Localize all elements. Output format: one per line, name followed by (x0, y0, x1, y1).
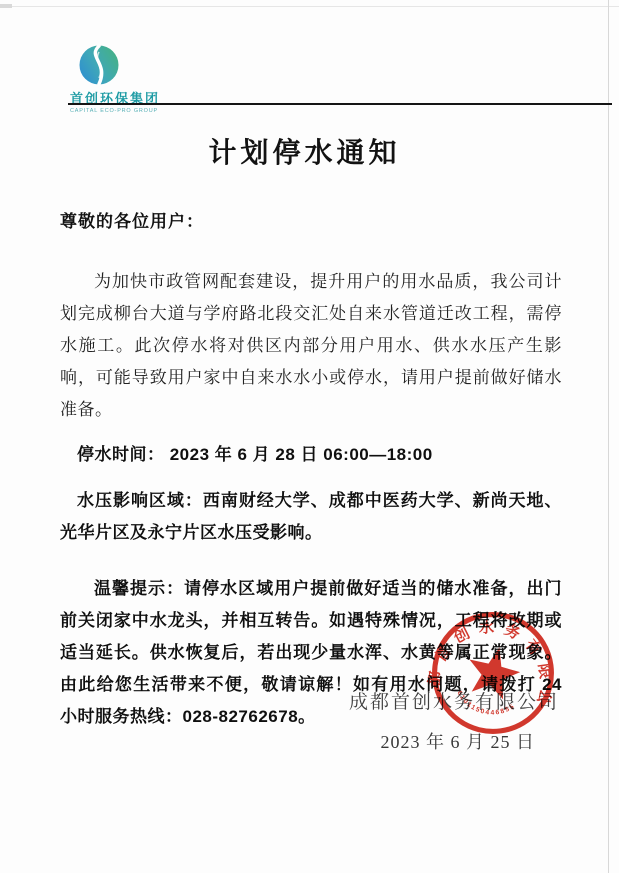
water-outage-notice-document: 首创环保集团 CAPITAL ECO-PRO GROUP 计划停水通知 尊敬的各… (0, 0, 619, 873)
stamp-code: 6101150446855 (452, 689, 518, 723)
svg-text:6101150446855: 6101150446855 (452, 689, 518, 723)
company-logo-subtitle: CAPITAL ECO-PRO GROUP (70, 108, 160, 114)
stamp-star-icon (462, 641, 525, 702)
water-swirl-logo-icon (78, 44, 120, 86)
affected-area-paragraph: 水压影响区域：西南财经大学、成都中医药大学、新尚天地、光华片区及永宁片区水压受影… (60, 485, 562, 549)
page-title: 计划停水通知 (0, 131, 609, 171)
photo-top-edge-dash (0, 4, 12, 8)
salutation: 尊敬的各位用户： (60, 207, 204, 232)
header-divider (68, 103, 612, 105)
photo-top-edge (0, 6, 619, 7)
intro-paragraph: 为加快市政管网配套建设，提升用户的用水品质，我公司计划完成柳台大道与学府路北段交… (60, 266, 562, 426)
outage-time-line: 停水时间： 2023 年 6 月 28 日 06:00—18:00 (60, 439, 562, 471)
